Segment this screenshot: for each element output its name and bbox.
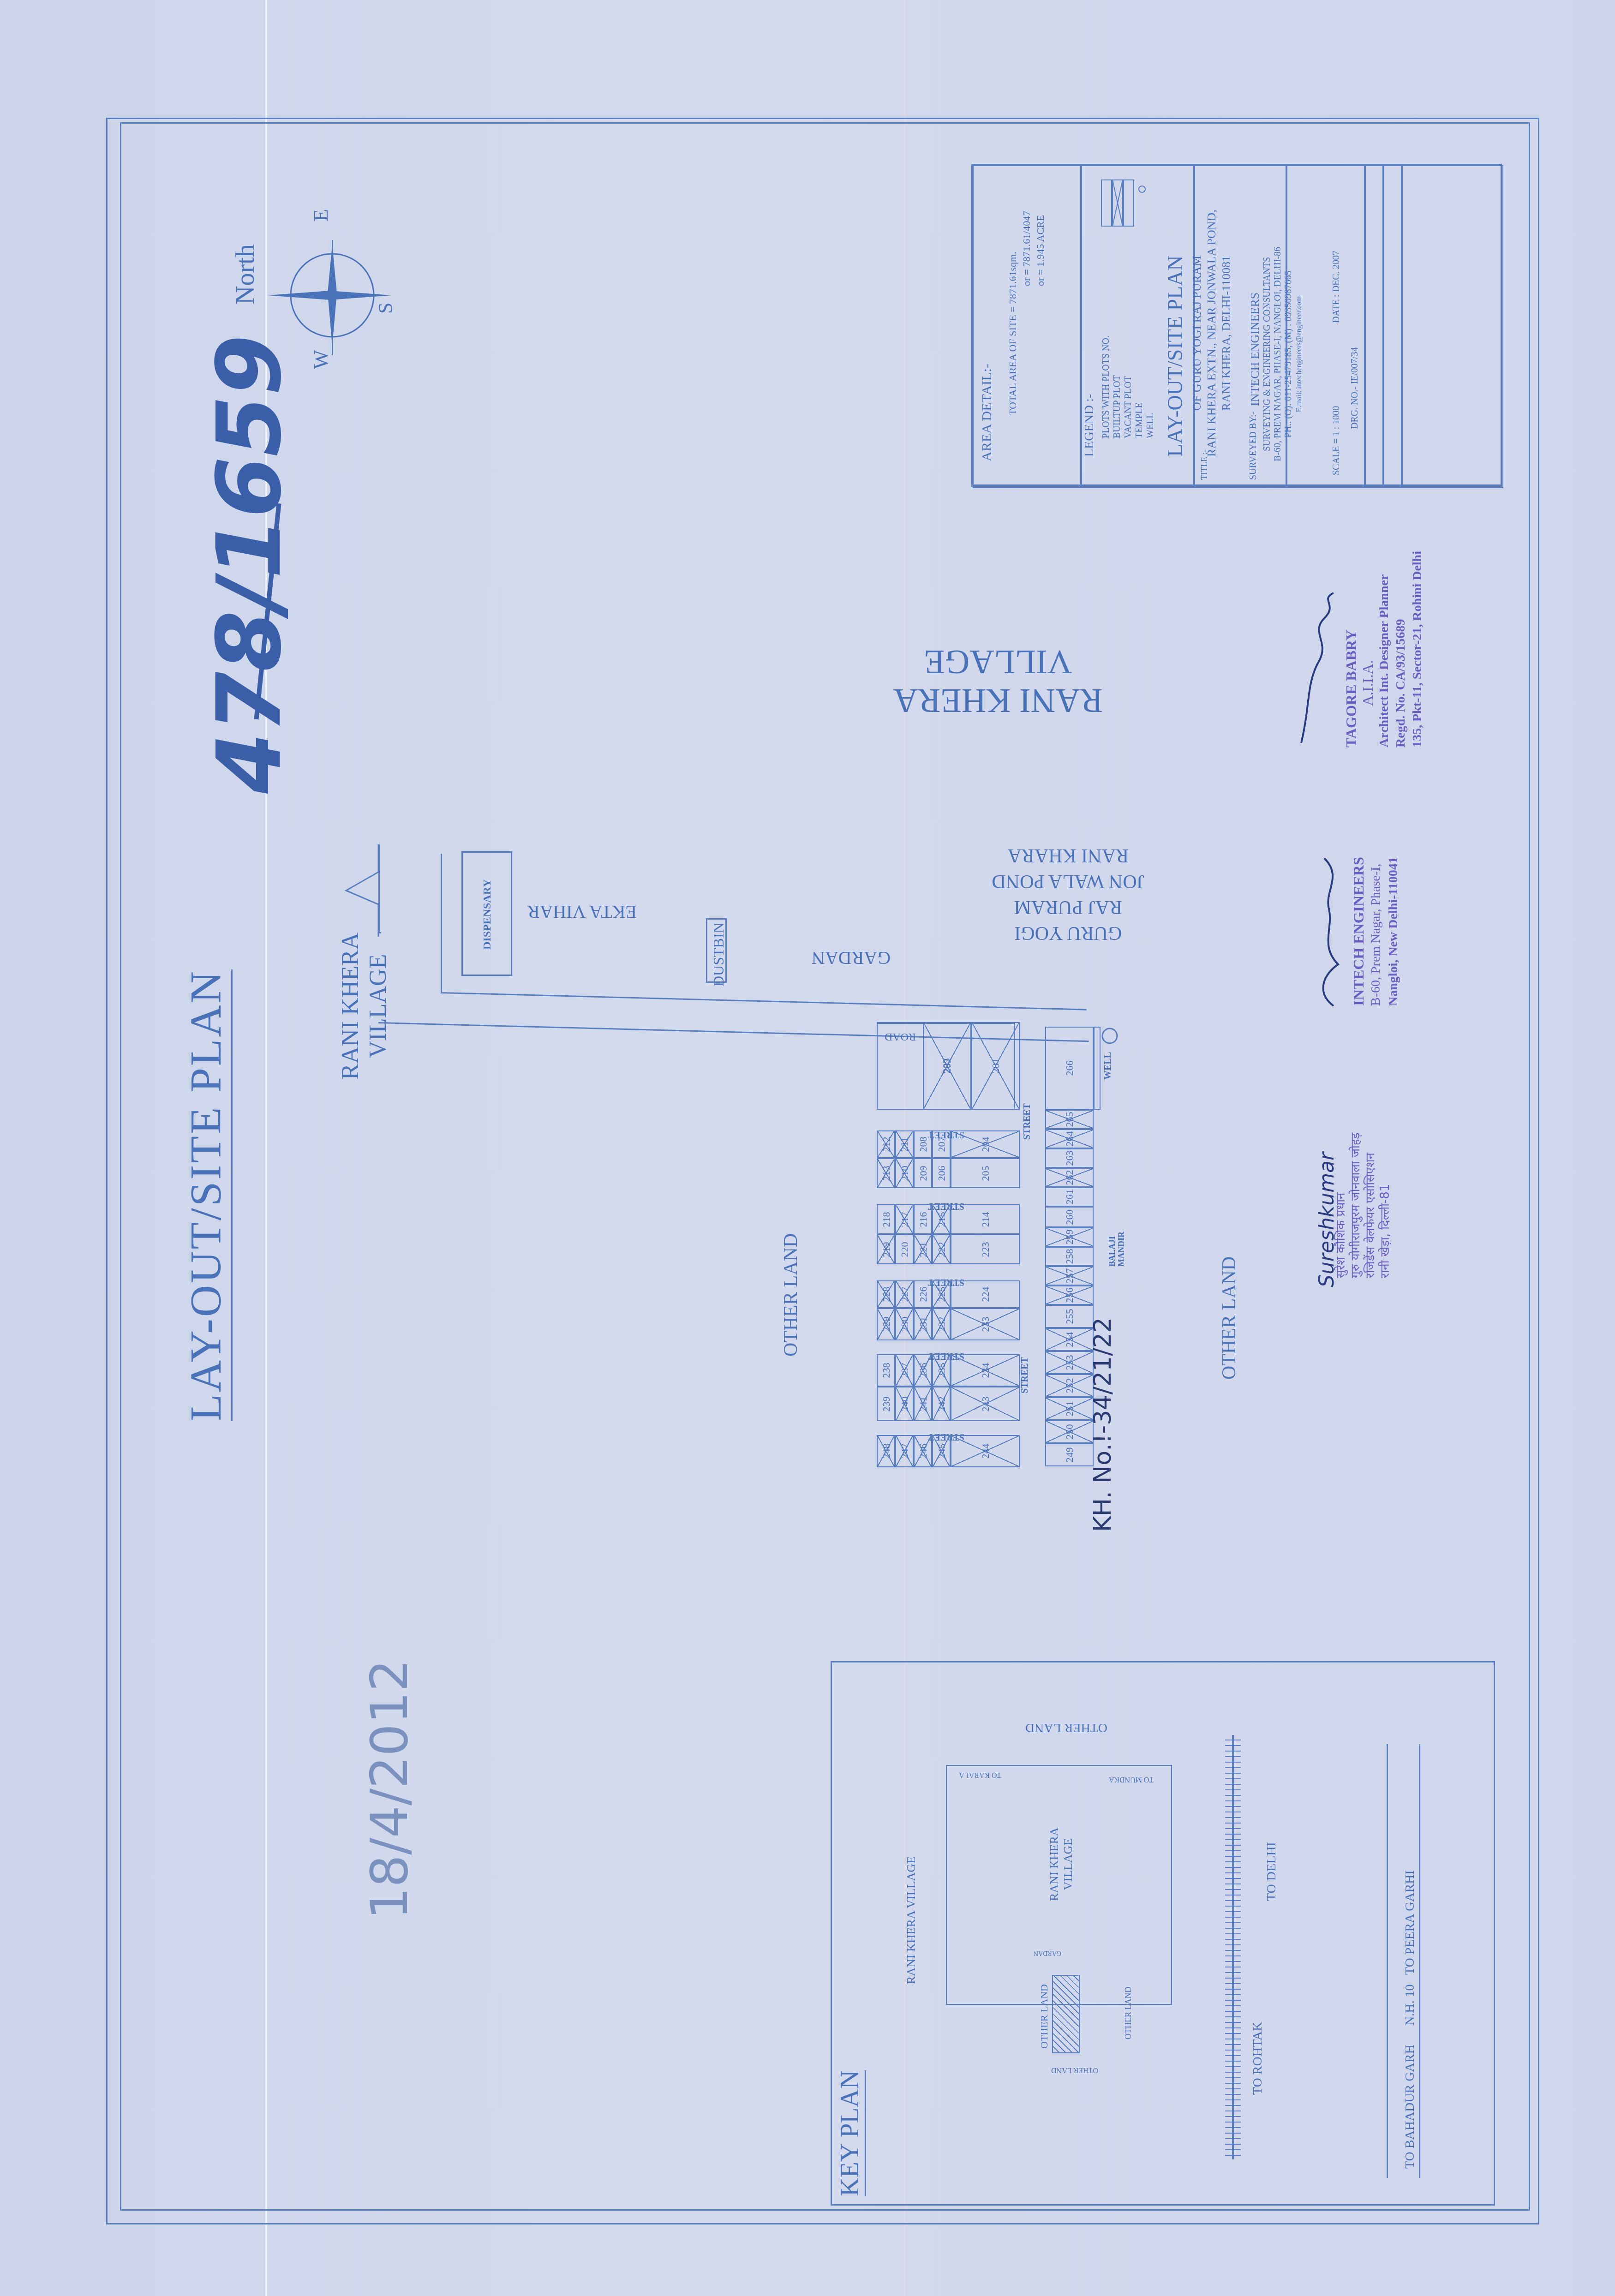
street-label-central: STREET [1020,1357,1030,1393]
plot-253[interactable]: 253 [1045,1351,1094,1374]
key-to-mundka: TO MUNDKA [1109,1775,1154,1783]
plot-205[interactable]: 205 [951,1158,1020,1188]
plot-236[interactable]: 236 [914,1354,932,1387]
plot-250[interactable]: 250 [1045,1420,1094,1443]
key-other-land-left: OTHER LAND [1038,1984,1050,2049]
plot-219[interactable]: 219 [877,1234,895,1264]
plot-248[interactable]: 248 [877,1435,895,1467]
plot-217[interactable]: 217 [895,1204,914,1234]
plot-235[interactable]: 235 [932,1354,951,1387]
surveyed-lines: SURVEYING & ENGINEERING CONSULTANTS B-60… [1262,247,1304,461]
key-to-karala: TO KARALA [959,1770,1001,1779]
key-gardan: GARDAN [1034,1949,1061,1956]
dispensary-label: DISPENSARY [481,879,494,950]
plot-237[interactable]: 237 [895,1354,914,1387]
plot-257[interactable]: 257 [1045,1266,1094,1286]
compass-e: E [309,209,333,221]
intech-stamp: INTECH ENGINEERS B-60, Prem Nagar, Phase… [1350,857,1402,1006]
compass-s: S [374,303,397,314]
balaji-mandir-label: BALAJI MANDIR [1107,1230,1126,1267]
title-main: LAY-OUT/SITE PLAN [1163,255,1187,457]
key-site-marker[interactable] [1052,1975,1080,2053]
plot-221[interactable]: 221 [914,1234,932,1264]
rwa-stamp: सुरेश कौशिक प्रधान गुरु योगीराजपुरम जोनव… [1334,1132,1393,1278]
plot-210[interactable]: 210 [895,1158,914,1188]
plot-243[interactable]: 243 [951,1387,1020,1421]
legend-symbols-icon [1101,175,1151,231]
scale-value: SCALE = 1 : 1000 [1331,406,1342,475]
plot-204[interactable]: 204 [951,1130,1020,1158]
scale-date-cell [1365,165,1383,488]
key-nh10: N.H. 10 [1403,1985,1418,2026]
blank-cell [1402,165,1503,488]
surveyed-label: SURVEYED BY:- [1248,412,1259,480]
dustbin-label: DUSTBIN [710,922,727,987]
key-plan-title: KEY PLAN [835,2070,866,2196]
date-value: DATE : DEC. 2007 [1331,251,1342,323]
plot-209[interactable]: 209 [914,1158,932,1188]
key-rani-khera-village: RANI KHERA VILLAGE [904,1856,918,1984]
plot-264[interactable]: 264 [1045,1129,1094,1148]
plot-211[interactable]: 211 [895,1130,914,1158]
plot-222[interactable]: 222 [932,1234,951,1264]
plot-256[interactable]: 256 [1045,1286,1094,1305]
plot-249[interactable]: 249 [1045,1443,1094,1466]
plot-202[interactable]: 202 [923,1022,971,1110]
khasra-note: KH. No.!-34/21/22 [1089,1317,1117,1532]
title-block [971,164,1502,487]
plot-213[interactable]: 213 [877,1158,895,1188]
label-rani-khera-village-east: RANI KHERAVILLAGE [893,642,1103,720]
plot-227[interactable]: 227 [895,1280,914,1308]
plot-215[interactable]: 215 [932,1204,951,1234]
plot-214[interactable]: 214 [951,1204,1020,1234]
plot-232[interactable]: 232 [932,1308,951,1340]
plot-208[interactable]: 208 [914,1130,932,1158]
site-name-label: GURU YOGI RAJ PURAM JON WALA POND RANI K… [992,843,1144,946]
compass-rose-icon [263,226,411,365]
drawing-number: DRG. NO.- IE/007/34 [1350,347,1360,429]
plot-245[interactable]: 245 [932,1435,951,1467]
plot-242[interactable]: 242 [932,1387,951,1421]
well-icon [1101,1027,1119,1045]
plot-228[interactable]: 228 [877,1280,895,1308]
road-edge [441,854,442,992]
plot-239[interactable]: 239 [877,1387,895,1421]
surveyed-firm: INTECH ENGINEERS [1248,293,1262,406]
key-to-rohtak: TO ROHTAK [1250,2022,1265,2095]
plot-212[interactable]: 212 [877,1130,895,1158]
architect-signature-icon [1292,591,1352,747]
plot-225[interactable]: 225 [932,1280,951,1308]
key-village-road [946,1765,1172,2005]
plot-259[interactable]: 259 [1045,1227,1094,1247]
key-other-land-right: OTHER LAND [1124,1987,1133,2040]
plot-234[interactable]: 234 [951,1354,1020,1387]
plot-247[interactable]: 247 [895,1435,914,1467]
plot-251[interactable]: 251 [1045,1397,1094,1420]
plot-262[interactable]: 262 [1045,1168,1094,1187]
plot-238[interactable]: 238 [877,1354,895,1387]
intech-signature-icon [1306,854,1352,1010]
plot-265[interactable]: 265 [1045,1110,1094,1129]
architect-stamp: TAGORE BABRY A.I.I.A. Architect Int. Des… [1343,551,1426,747]
plot-229[interactable]: 229 [877,1308,895,1340]
plot-255[interactable]: 255 [1045,1305,1094,1328]
title-block-divider [971,484,1502,486]
plot-206[interactable]: 206 [932,1158,951,1188]
page-title: LAY-OUT/SITE PLAN [180,969,233,1421]
dustbin: DUSTBIN [706,918,727,983]
plot-240[interactable]: 240 [895,1387,914,1421]
road-break-icon [341,844,388,937]
key-other-land-bottom: OTHER LAND [1051,2066,1098,2074]
plot-241[interactable]: 241 [914,1387,932,1421]
plot-230[interactable]: 230 [895,1308,914,1340]
plot-246[interactable]: 246 [914,1435,932,1467]
plot-263[interactable]: 263 [1045,1148,1094,1168]
plot-216[interactable]: 216 [914,1204,932,1234]
well-label: WELL [1103,1052,1113,1080]
key-to-peera-garhi: TO PEERA GARHI [1403,1870,1418,1975]
plot-261[interactable]: 261 [1045,1187,1094,1207]
plot-218[interactable]: 218 [877,1204,895,1234]
key-nh10-edge [1387,1744,1388,2178]
plot-266[interactable]: 266 [1045,1027,1094,1110]
street-label-central: STREET [1022,1103,1033,1140]
plot-224[interactable]: 224 [951,1280,1020,1308]
plot-254[interactable]: 254 [1045,1328,1094,1351]
well-plot [1094,1027,1101,1110]
label-gardan: GARDAN [812,947,891,969]
compass-w: W [309,350,333,369]
handwritten-date: 18/4/2012 [360,1659,419,1919]
legend-items: PLOTS WITH PLOTS NO. BUILTUP PLOT VACANT… [1101,335,1156,438]
key-to-delhi: TO DELHI [1264,1842,1279,1901]
label-other-land-east: OTHER LAND [1218,1256,1240,1380]
plot-231[interactable]: 231 [914,1308,932,1340]
plot-grid-west: 203 202 201 STREET 212 211 208 207 204 2… [877,1022,1024,1530]
compass-north-label: North [231,244,260,305]
area-detail-lines: TOTAL AREA OF SITE = 7871.61sqm. or = 78… [1006,211,1047,415]
key-to-bahadur-garh: TO BAHADUR GARH [1403,2045,1418,2169]
plot-207[interactable]: 207 [932,1130,951,1158]
area-detail-heading: AREA DETAIL:- [979,364,995,461]
plot-220[interactable]: 220 [895,1234,914,1264]
label-other-land-west: OTHER LAND [780,1233,802,1357]
plot-252[interactable]: 252 [1045,1374,1094,1397]
plot-201[interactable]: 201 [971,1022,1020,1110]
label-ekta-vihar: EKTA VIHAR [527,901,637,923]
title-lines: OF GURU YOGI RAJ PURAM RANI KHERA EXTN.,… [1190,209,1234,457]
key-railway-ties [1225,1735,1241,2159]
plot-244[interactable]: 244 [951,1435,1020,1467]
key-nh10-edge [1419,1744,1420,2178]
handwritten-reference: 478/1659 [198,335,300,794]
plot-223[interactable]: 223 [951,1234,1020,1264]
dispensary-building: DISPENSARY [461,851,512,976]
legend-heading: LEGEND :- [1082,394,1097,457]
plot-226[interactable]: 226 [914,1280,932,1308]
plot-233[interactable]: 233 [951,1308,1020,1340]
label-rani-khera-village-west: RANI KHERAVILLAGE [337,933,392,1080]
key-other-land-top: OTHER LAND [1025,1720,1107,1735]
plot-258[interactable]: 258 [1045,1247,1094,1266]
plot-260-temple[interactable]: 260 [1045,1207,1094,1227]
drg-cell [1383,165,1402,488]
